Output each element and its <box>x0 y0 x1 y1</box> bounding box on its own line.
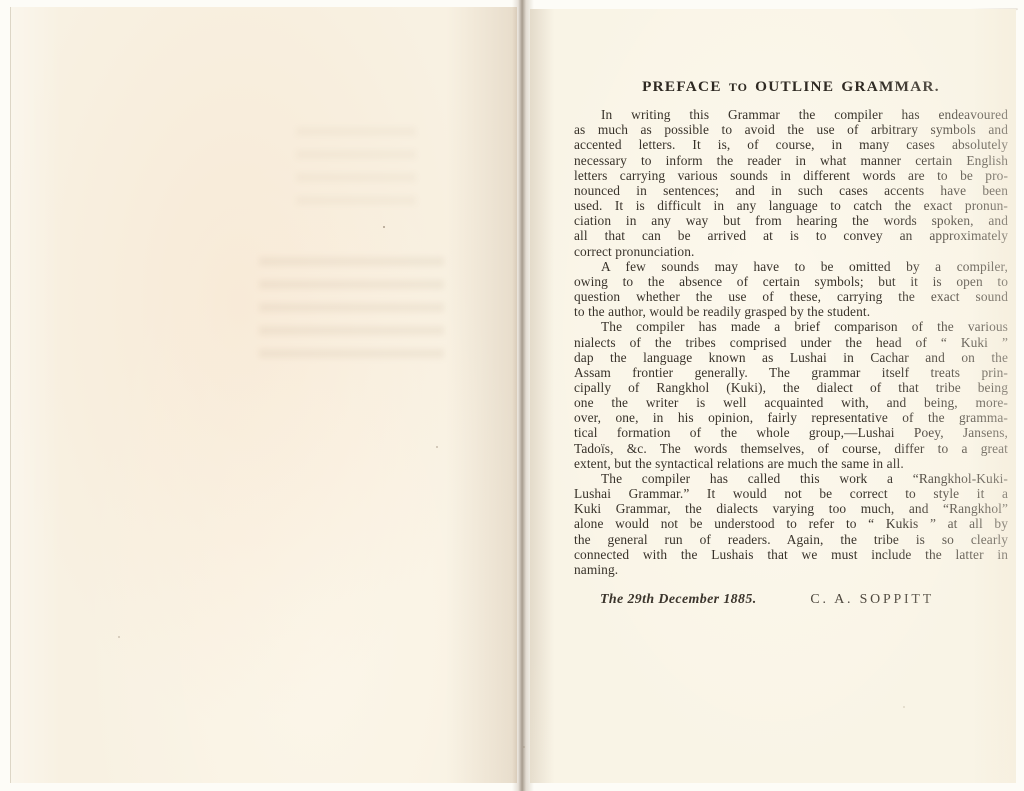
text-line: A few sounds may have to be omitted by a… <box>574 259 1008 274</box>
date-line: The 29th December 1885. <box>600 592 757 607</box>
text-line: The compiler has made a brief comparison… <box>574 319 1008 334</box>
text-line: nounced in sentences; and in such cases … <box>574 183 1008 198</box>
text-line: extent, but the syntactical relations ar… <box>574 456 1008 471</box>
text-line: cipally of Rangkhol (Kuki), the dialect … <box>574 380 1008 395</box>
author-signature: C. A. SOPPITT <box>810 592 934 607</box>
text-line: question whether the use of these, carry… <box>574 289 1008 304</box>
text-line: one the writer is well acquainted with, … <box>574 395 1008 410</box>
text-line: dap the language known as Lushai in Cach… <box>574 350 1008 365</box>
paragraph-2: A few sounds may have to be omitted by a… <box>574 259 1008 320</box>
text-line: used. It is difficult in any language to… <box>574 198 1008 213</box>
show-through-ghost <box>259 257 444 367</box>
text-line: Kuki Grammar, the dialects varying too m… <box>574 501 1008 516</box>
page-title: PREFACE TO OUTLINE GRAMMAR. <box>574 79 1008 95</box>
text-line: tical formation of the whole group,—Lush… <box>574 425 1008 440</box>
text-line: over, one, in his opinion, fairly repres… <box>574 410 1008 425</box>
text-line: naming. <box>574 562 1008 577</box>
paragraph-4: The compiler has called this work a “Ran… <box>574 471 1008 577</box>
text-line: all that can be arrived at is to convey … <box>574 228 1008 243</box>
text-line: In writing this Grammar the compiler has… <box>574 107 1008 122</box>
title-post: OUTLINE GRAMMAR. <box>755 78 940 95</box>
paper-speckles <box>383 226 385 228</box>
text-line: The compiler has called this work a “Ran… <box>574 471 1008 486</box>
text-line: nialects of the tribes comprised under t… <box>574 335 1008 350</box>
text-line: ciation in any way but from hearing the … <box>574 213 1008 228</box>
footer-row: The 29th December 1885. C. A. SOPPITT <box>574 592 1008 607</box>
preface-text-block: PREFACE TO OUTLINE GRAMMAR. In writing t… <box>574 79 1008 607</box>
right-page-preface: PREFACE TO OUTLINE GRAMMAR. In writing t… <box>530 9 1016 783</box>
title-pre: PREFACE <box>642 78 722 95</box>
text-line: to the author, would be readily grasped … <box>574 304 1008 319</box>
paragraph-3: The compiler has made a brief comparison… <box>574 319 1008 471</box>
text-line: necessary to inform the reader in what m… <box>574 153 1008 168</box>
left-page-blank <box>10 7 517 783</box>
book-scan: PREFACE TO OUTLINE GRAMMAR. In writing t… <box>0 0 1024 791</box>
text-line: owing to the absence of certain symbols;… <box>574 274 1008 289</box>
text-line: alone would not be understood to refer t… <box>574 516 1008 531</box>
text-line: accented letters. It is, of course, in m… <box>574 137 1008 152</box>
text-line: connected with the Lushais that we must … <box>574 547 1008 562</box>
title-connector: TO <box>729 80 748 94</box>
text-line: letters carrying various sounds in diffe… <box>574 168 1008 183</box>
paragraph-1: In writing this Grammar the compiler has… <box>574 107 1008 259</box>
text-line: correct pronunciation. <box>574 244 1008 259</box>
text-line: as much as possible to avoid the use of … <box>574 122 1008 137</box>
text-line: the general run of readers. Again, the t… <box>574 532 1008 547</box>
text-line: Tadoïs, &c. The words themselves, of cou… <box>574 441 1008 456</box>
text-line: Lushai Grammar.” It would not be correct… <box>574 486 1008 501</box>
text-line: Assam frontier generally. The grammar it… <box>574 365 1008 380</box>
show-through-ghost <box>296 127 416 217</box>
